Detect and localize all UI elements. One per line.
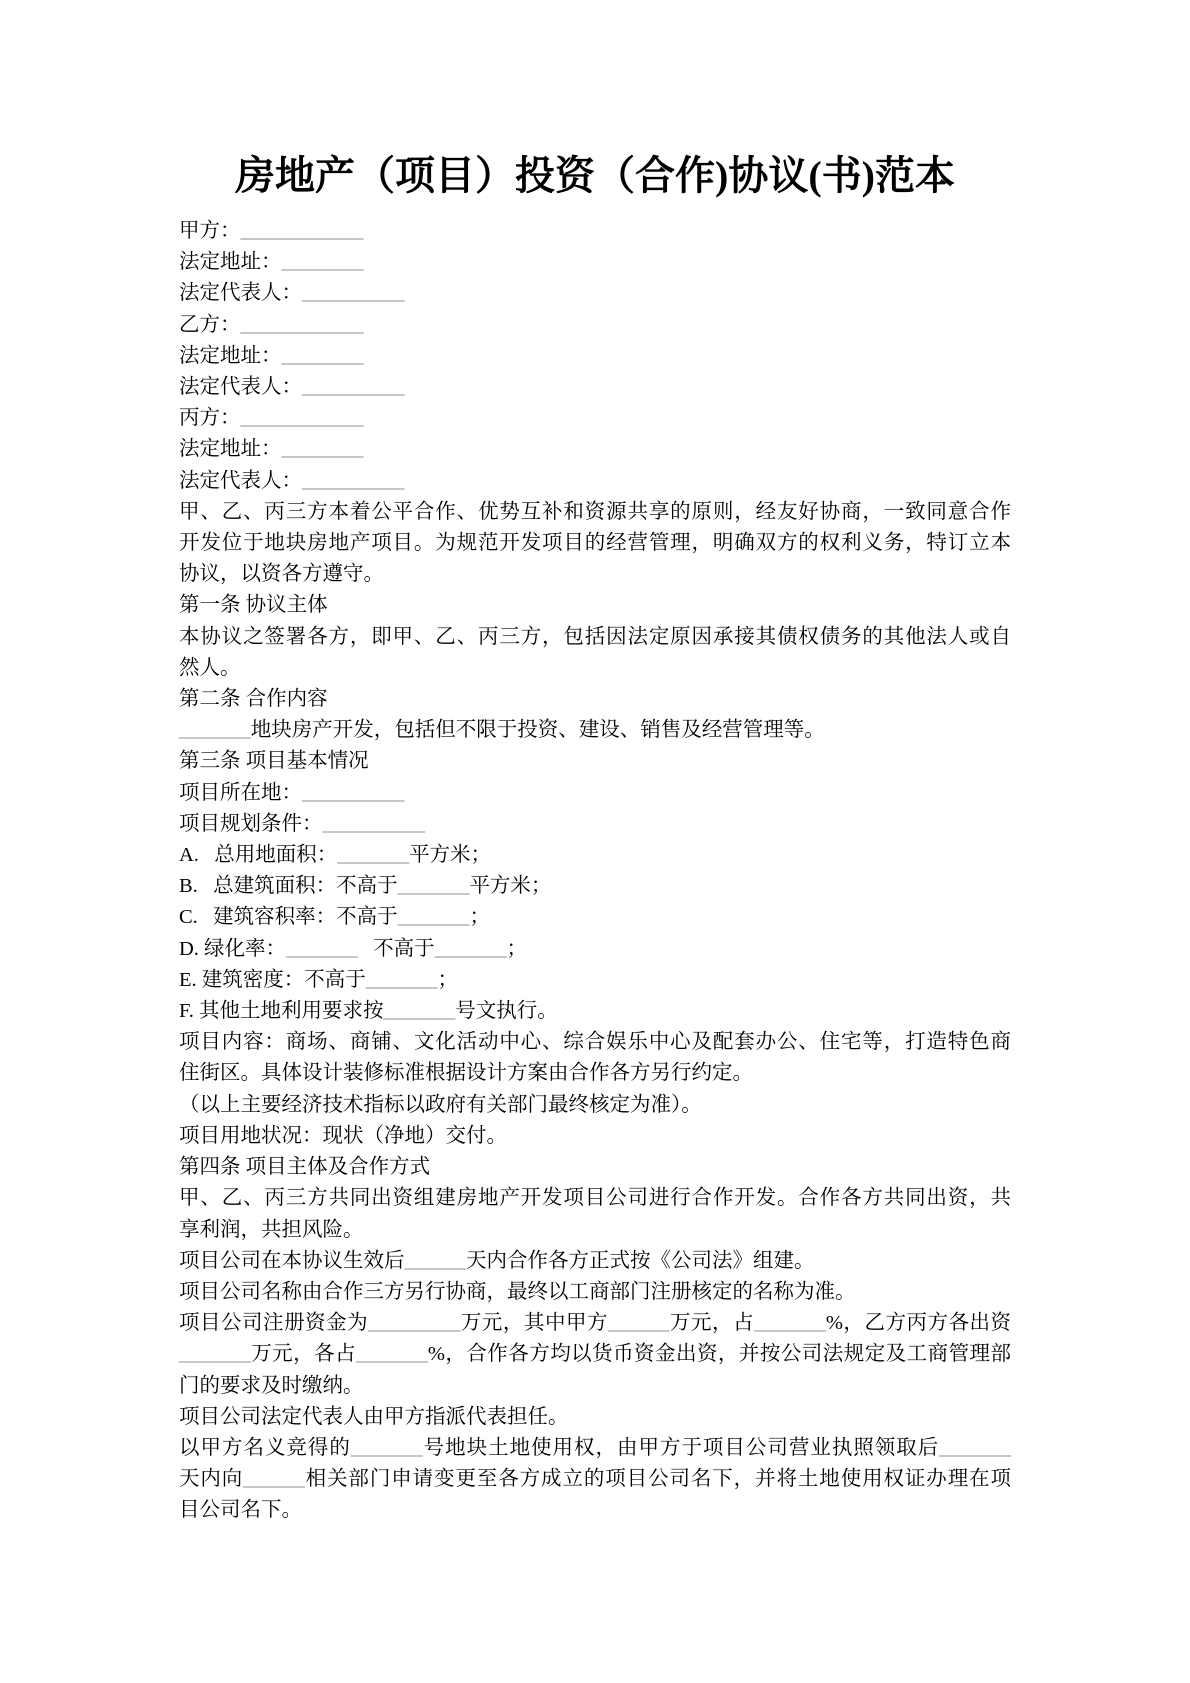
document-title: 房地产（项目）投资（合作)协议(书)范本	[0, 0, 1190, 202]
document-line: 项目内容：商场、商铺、文化活动中心、综合娱乐中心及配套办公、住宅等，打造特色商	[179, 1027, 1011, 1058]
blank-field: ____________	[241, 314, 364, 336]
document-line: 门的要求及时缴纳。	[179, 1371, 1011, 1402]
document-line: 项目用地状况：现状（净地）交付。	[179, 1121, 1011, 1152]
blank-field: __________	[302, 782, 405, 804]
blank-field: ____________	[241, 407, 364, 429]
document-line: 第二条 合作内容	[179, 684, 1011, 715]
blank-field: _________	[368, 1312, 460, 1334]
document-line: 项目公司注册资金为_________万元，其中甲方______万元，占_____…	[179, 1308, 1011, 1339]
document-line: 项目公司法定代表人由甲方指派代表担任。	[179, 1402, 1011, 1433]
blank-field: ______	[608, 1312, 670, 1334]
document-line: D. 绿化率：_______ 不高于_______；	[179, 934, 1011, 965]
document-line: 甲、乙、丙三方本着公平合作、优势互补和资源共享的原则，经友好协商，一致同意合作	[179, 497, 1011, 528]
document-line: E. 建筑密度：不高于_______；	[179, 965, 1011, 996]
document-line: _______万元，各占_______%，合作各方均以货币资金出资，并按公司法规…	[179, 1339, 1011, 1370]
document-line: 法定代表人：__________	[179, 372, 1011, 403]
document-line: 乙方：____________	[179, 310, 1011, 341]
document-line: 第四条 项目主体及合作方式	[179, 1152, 1011, 1183]
blank-field: __________	[302, 282, 405, 304]
blank-field: _______	[754, 1312, 826, 1334]
document-line: 法定代表人：__________	[179, 278, 1011, 309]
document-line: 第三条 项目基本情况	[179, 746, 1011, 777]
blank-field: _______	[384, 1000, 456, 1022]
document-line: 法定地址：________	[179, 341, 1011, 372]
document-line: 第一条 协议主体	[179, 590, 1011, 621]
document-line: 目公司名下。	[179, 1495, 1011, 1526]
blank-field: ______	[405, 1250, 467, 1272]
blank-field: ____________	[241, 220, 364, 242]
blank-field: _______	[356, 1343, 428, 1365]
document-line: 住街区。具体设计装修标准根据设计方案由合作各方另行约定。	[179, 1058, 1011, 1089]
document-line: 享利润，共担风险。	[179, 1215, 1011, 1246]
document-line: _______地块房产开发，包括但不限于投资、建设、销售及经营管理等。	[179, 715, 1011, 746]
blank-field: _______	[337, 844, 409, 866]
blank-field: ______	[243, 1468, 305, 1490]
blank-field: _______	[398, 875, 470, 897]
blank-field: ________	[282, 438, 364, 460]
document-line: 本协议之签署各方，即甲、乙、丙三方，包括因法定原因承接其债权债务的其他法人或自	[179, 622, 1011, 653]
blank-field: _______	[179, 719, 251, 741]
document-line: （以上主要经济技术指标以政府有关部门最终核定为准）。	[179, 1090, 1011, 1121]
document-line: 项目公司在本协议生效后______天内合作各方正式按《公司法》组建。	[179, 1246, 1011, 1277]
document-line: 项目规划条件：__________	[179, 809, 1011, 840]
document-line: 开发位于地块房地产项目。为规范开发项目的经营管理，明确双方的权利义务，特订立本	[179, 528, 1011, 559]
document-line: 项目公司名称由合作三方另行协商，最终以工商部门注册核定的名称为准。	[179, 1277, 1011, 1308]
blank-field: _______	[351, 1437, 423, 1459]
document-line: 法定代表人：__________	[179, 466, 1011, 497]
blank-field: _______	[286, 938, 358, 960]
document-line: 然人。	[179, 653, 1011, 684]
document-line: C. 建筑容积率：不高于_______；	[179, 902, 1011, 933]
document-page: 房地产（项目）投资（合作)协议(书)范本 甲方：____________法定地址…	[0, 0, 1190, 1683]
blank-field: _______	[939, 1437, 1011, 1459]
blank-field: _______	[435, 938, 507, 960]
blank-field: _______	[366, 969, 438, 991]
document-line: 以甲方名义竞得的_______号地块土地使用权，由甲方于项目公司营业执照领取后_…	[179, 1433, 1011, 1464]
document-line: 法定地址：________	[179, 247, 1011, 278]
blank-field: __________	[302, 376, 405, 398]
document-line: 甲、乙、丙三方共同出资组建房地产开发项目公司进行合作开发。合作各方共同出资，共	[179, 1183, 1011, 1214]
document-line: 丙方：____________	[179, 403, 1011, 434]
document-line: 甲方：____________	[179, 216, 1011, 247]
document-line: 项目所在地：__________	[179, 778, 1011, 809]
document-line: B. 总建筑面积：不高于_______平方米；	[179, 871, 1011, 902]
document-line: A. 总用地面积：_______平方米；	[179, 840, 1011, 871]
blank-field: ________	[282, 251, 364, 273]
blank-field: _______	[398, 906, 470, 928]
document-body: 甲方：____________法定地址：________法定代表人：______…	[179, 216, 1011, 1527]
document-line: 法定地址：________	[179, 434, 1011, 465]
blank-field: __________	[323, 813, 426, 835]
blank-field: ________	[282, 345, 364, 367]
document-line: 天内向______相关部门申请变更至各方成立的项目公司名下，并将土地使用权证办理…	[179, 1464, 1011, 1495]
document-line: 协议，以资各方遵守。	[179, 559, 1011, 590]
blank-field: _______	[179, 1343, 251, 1365]
document-line: F. 其他土地利用要求按_______号文执行。	[179, 996, 1011, 1027]
blank-field: __________	[302, 470, 405, 492]
